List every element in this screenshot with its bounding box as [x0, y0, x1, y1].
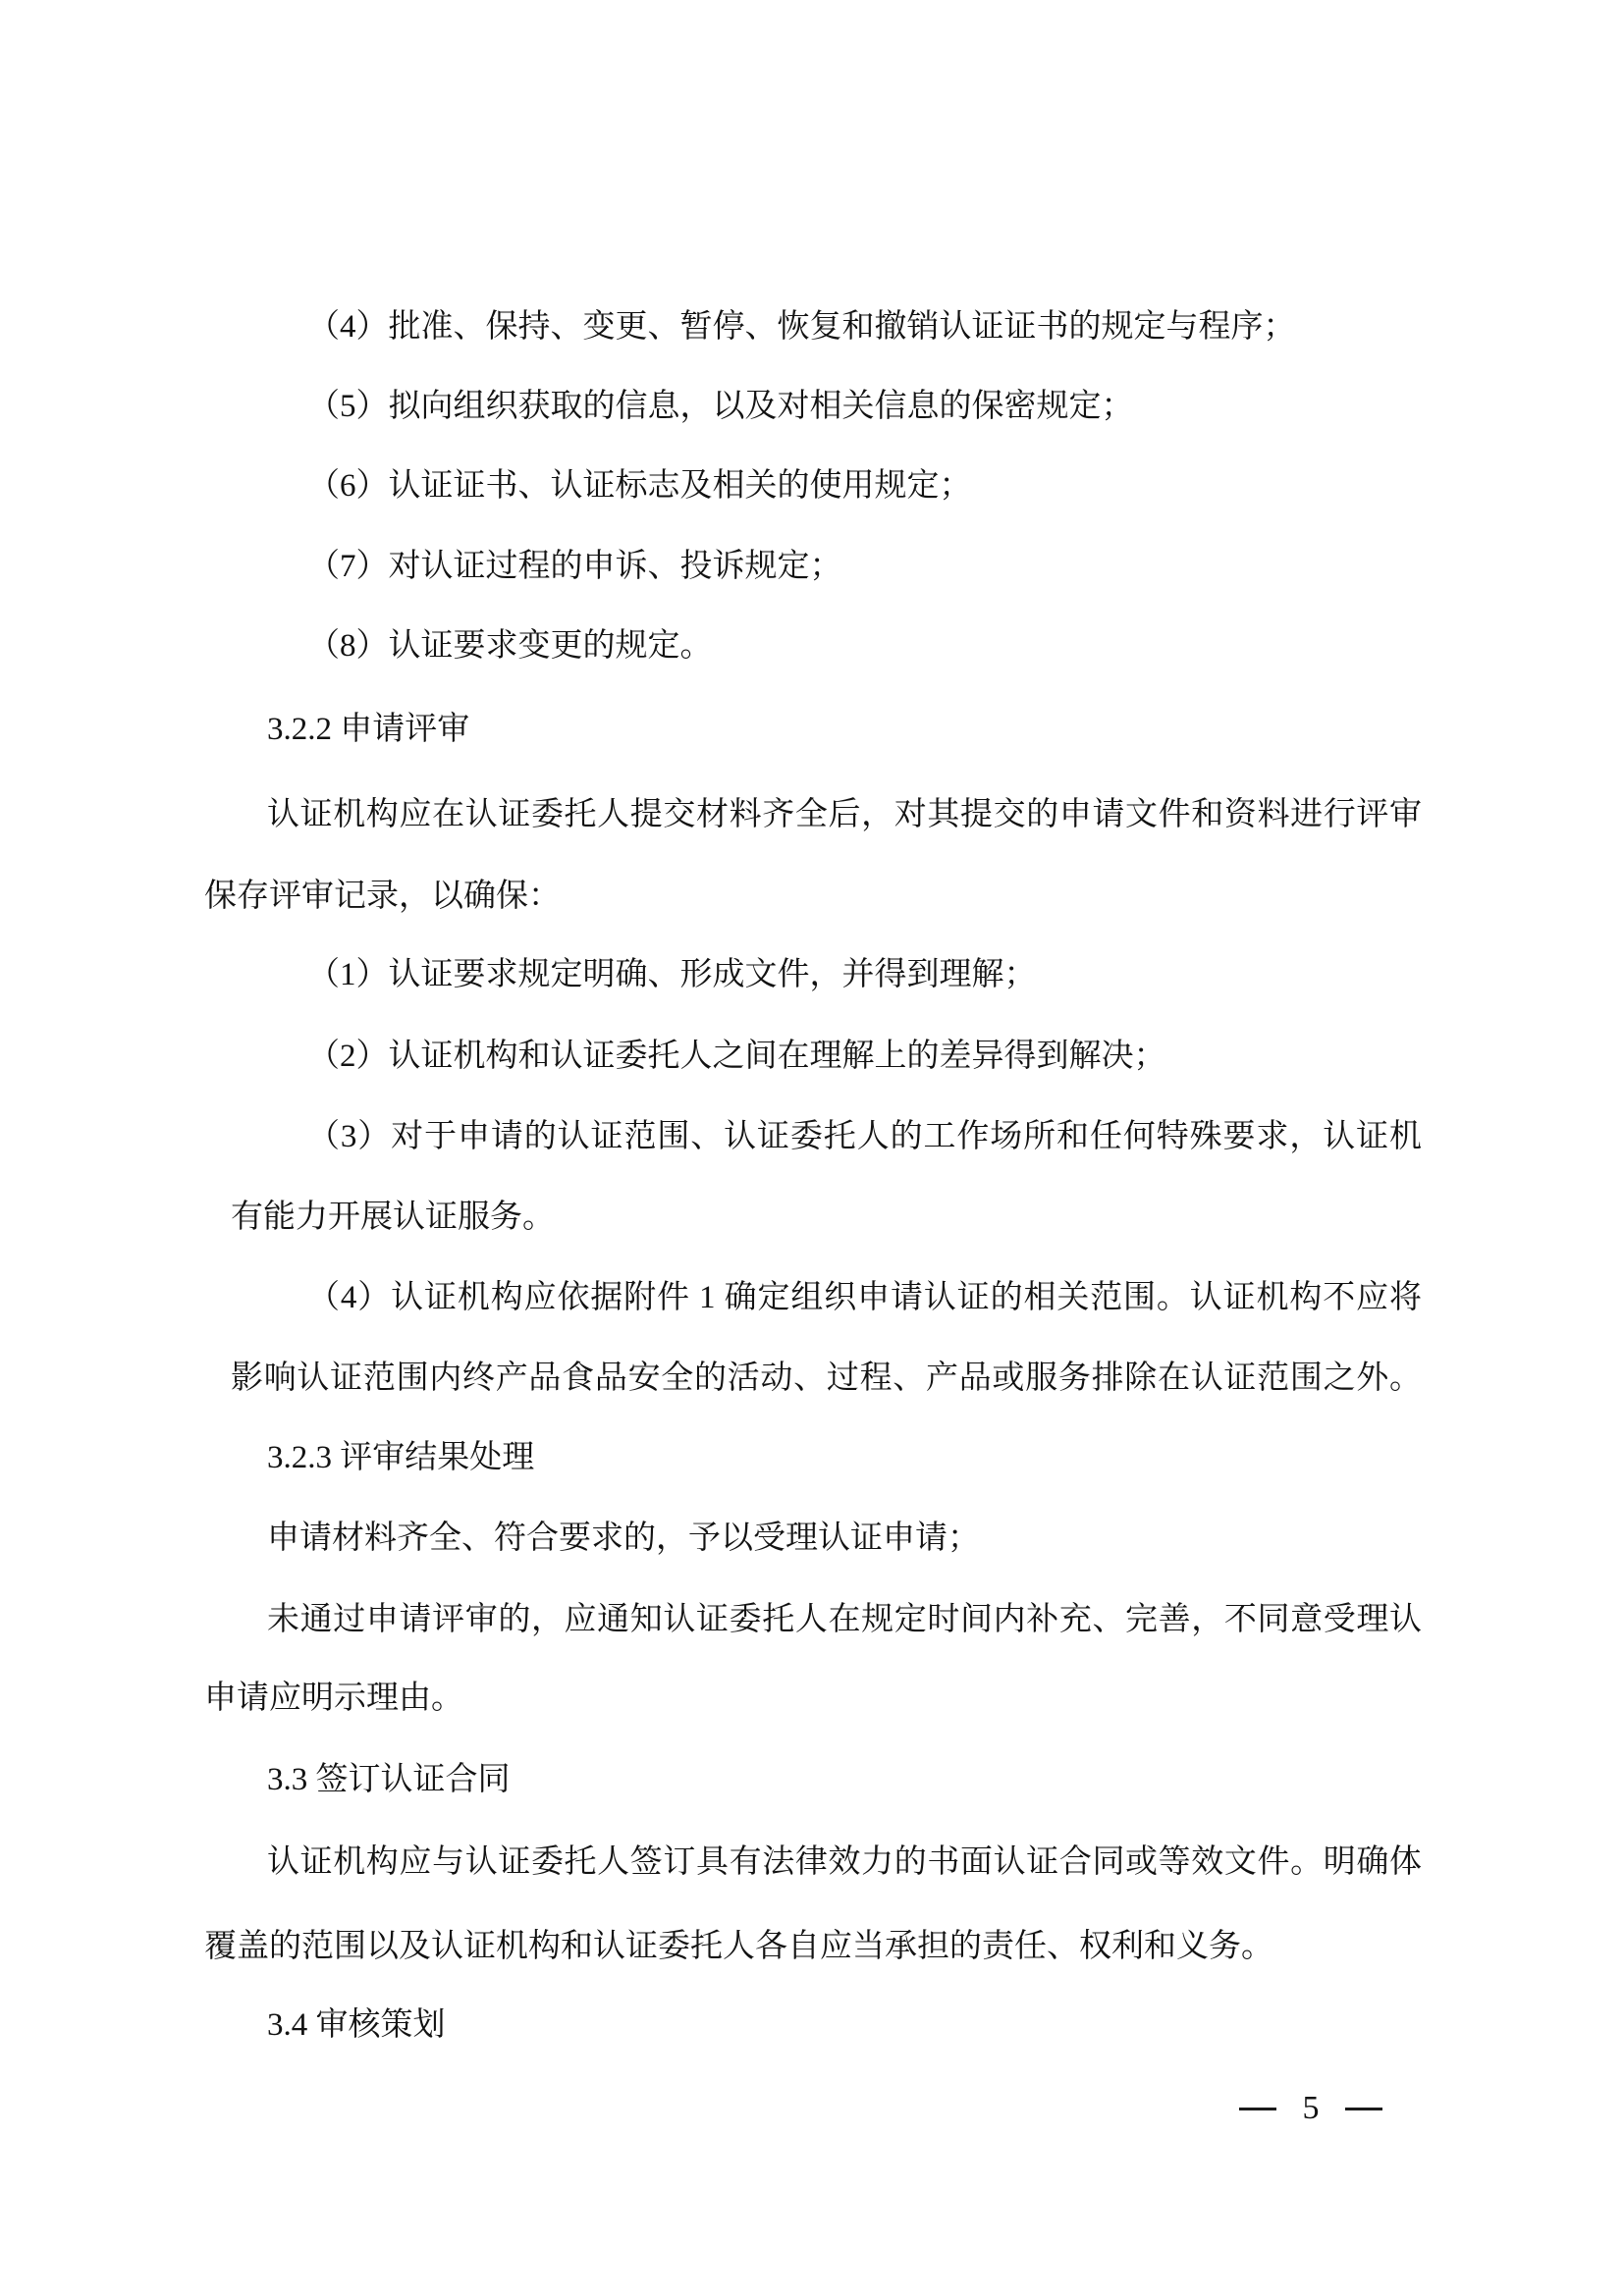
dash-right — [1345, 2108, 1382, 2110]
page-number: 5 — [1239, 2087, 1382, 2130]
page-number-value: 5 — [1303, 2087, 1320, 2130]
list-item-certificate-usage: （6）认证证书、认证标志及相关的使用规定； — [307, 464, 972, 507]
list-item-appeals-complaints: （7）对认证过程的申诉、投诉规定； — [307, 545, 842, 588]
document-page: （4）批准、保持、变更、暂停、恢复和撤销认证证书的规定与程序； （5）拟向组织获… — [0, 0, 1624, 2296]
list-item-capability: （3）对于申请的认证范围、认证委托人的工作场所和任何特殊要求，认证机构均 — [307, 1115, 1422, 1158]
paragraph-sign-contract-cont: 覆盖的范围以及认证机构和认证委托人各自应当承担的责任、权利和义务。 — [204, 1925, 1273, 1968]
list-item-differences-resolved: （2）认证机构和认证委托人之间在理解上的差异得到解决； — [307, 1035, 1166, 1078]
list-item-scope: （4）认证机构应依据附件 1 确定组织申请认证的相关范围。认证机构不应将能够 — [307, 1276, 1422, 1319]
list-item-capability-cont: 有能力开展认证服务。 — [231, 1196, 555, 1239]
section-heading-3-4: 3.4 审核策划 — [267, 2003, 446, 2047]
list-item-approval-rules: （4）批准、保持、变更、暂停、恢复和撤销认证证书的规定与程序； — [307, 305, 1296, 348]
section-heading-3-2-3: 3.2.3 评审结果处理 — [267, 1436, 534, 1479]
section-heading-3-2-2: 3.2.2 申请评审 — [267, 708, 469, 751]
list-item-information-confidentiality: （5）拟向组织获取的信息，以及对相关信息的保密规定； — [307, 385, 1134, 428]
list-item-requirements-defined: （1）认证要求规定明确、形成文件，并得到理解； — [307, 953, 1037, 996]
paragraph-application-review-cont: 保存评审记录，以确保： — [204, 875, 561, 918]
dash-left — [1239, 2108, 1276, 2110]
paragraph-review-failed-cont: 申请应明示理由。 — [204, 1677, 463, 1720]
paragraph-application-review: 认证机构应在认证委托人提交材料齐全后，对其提交的申请文件和资料进行评审并 — [267, 793, 1422, 836]
paragraph-sign-contract: 认证机构应与认证委托人签订具有法律效力的书面认证合同或等效文件。明确体系 — [267, 1841, 1422, 1884]
list-item-requirement-changes: （8）认证要求变更的规定。 — [307, 624, 713, 667]
paragraph-accept-application: 申请材料齐全、符合要求的，予以受理认证申请； — [267, 1517, 980, 1560]
paragraph-review-failed: 未通过申请评审的，应通知认证委托人在规定时间内补充、完善，不同意受理认证 — [267, 1598, 1422, 1641]
section-heading-3-3: 3.3 签订认证合同 — [267, 1758, 511, 1801]
list-item-scope-cont: 影响认证范围内终产品食品安全的活动、过程、产品或服务排除在认证范围之外。 — [231, 1357, 1422, 1400]
